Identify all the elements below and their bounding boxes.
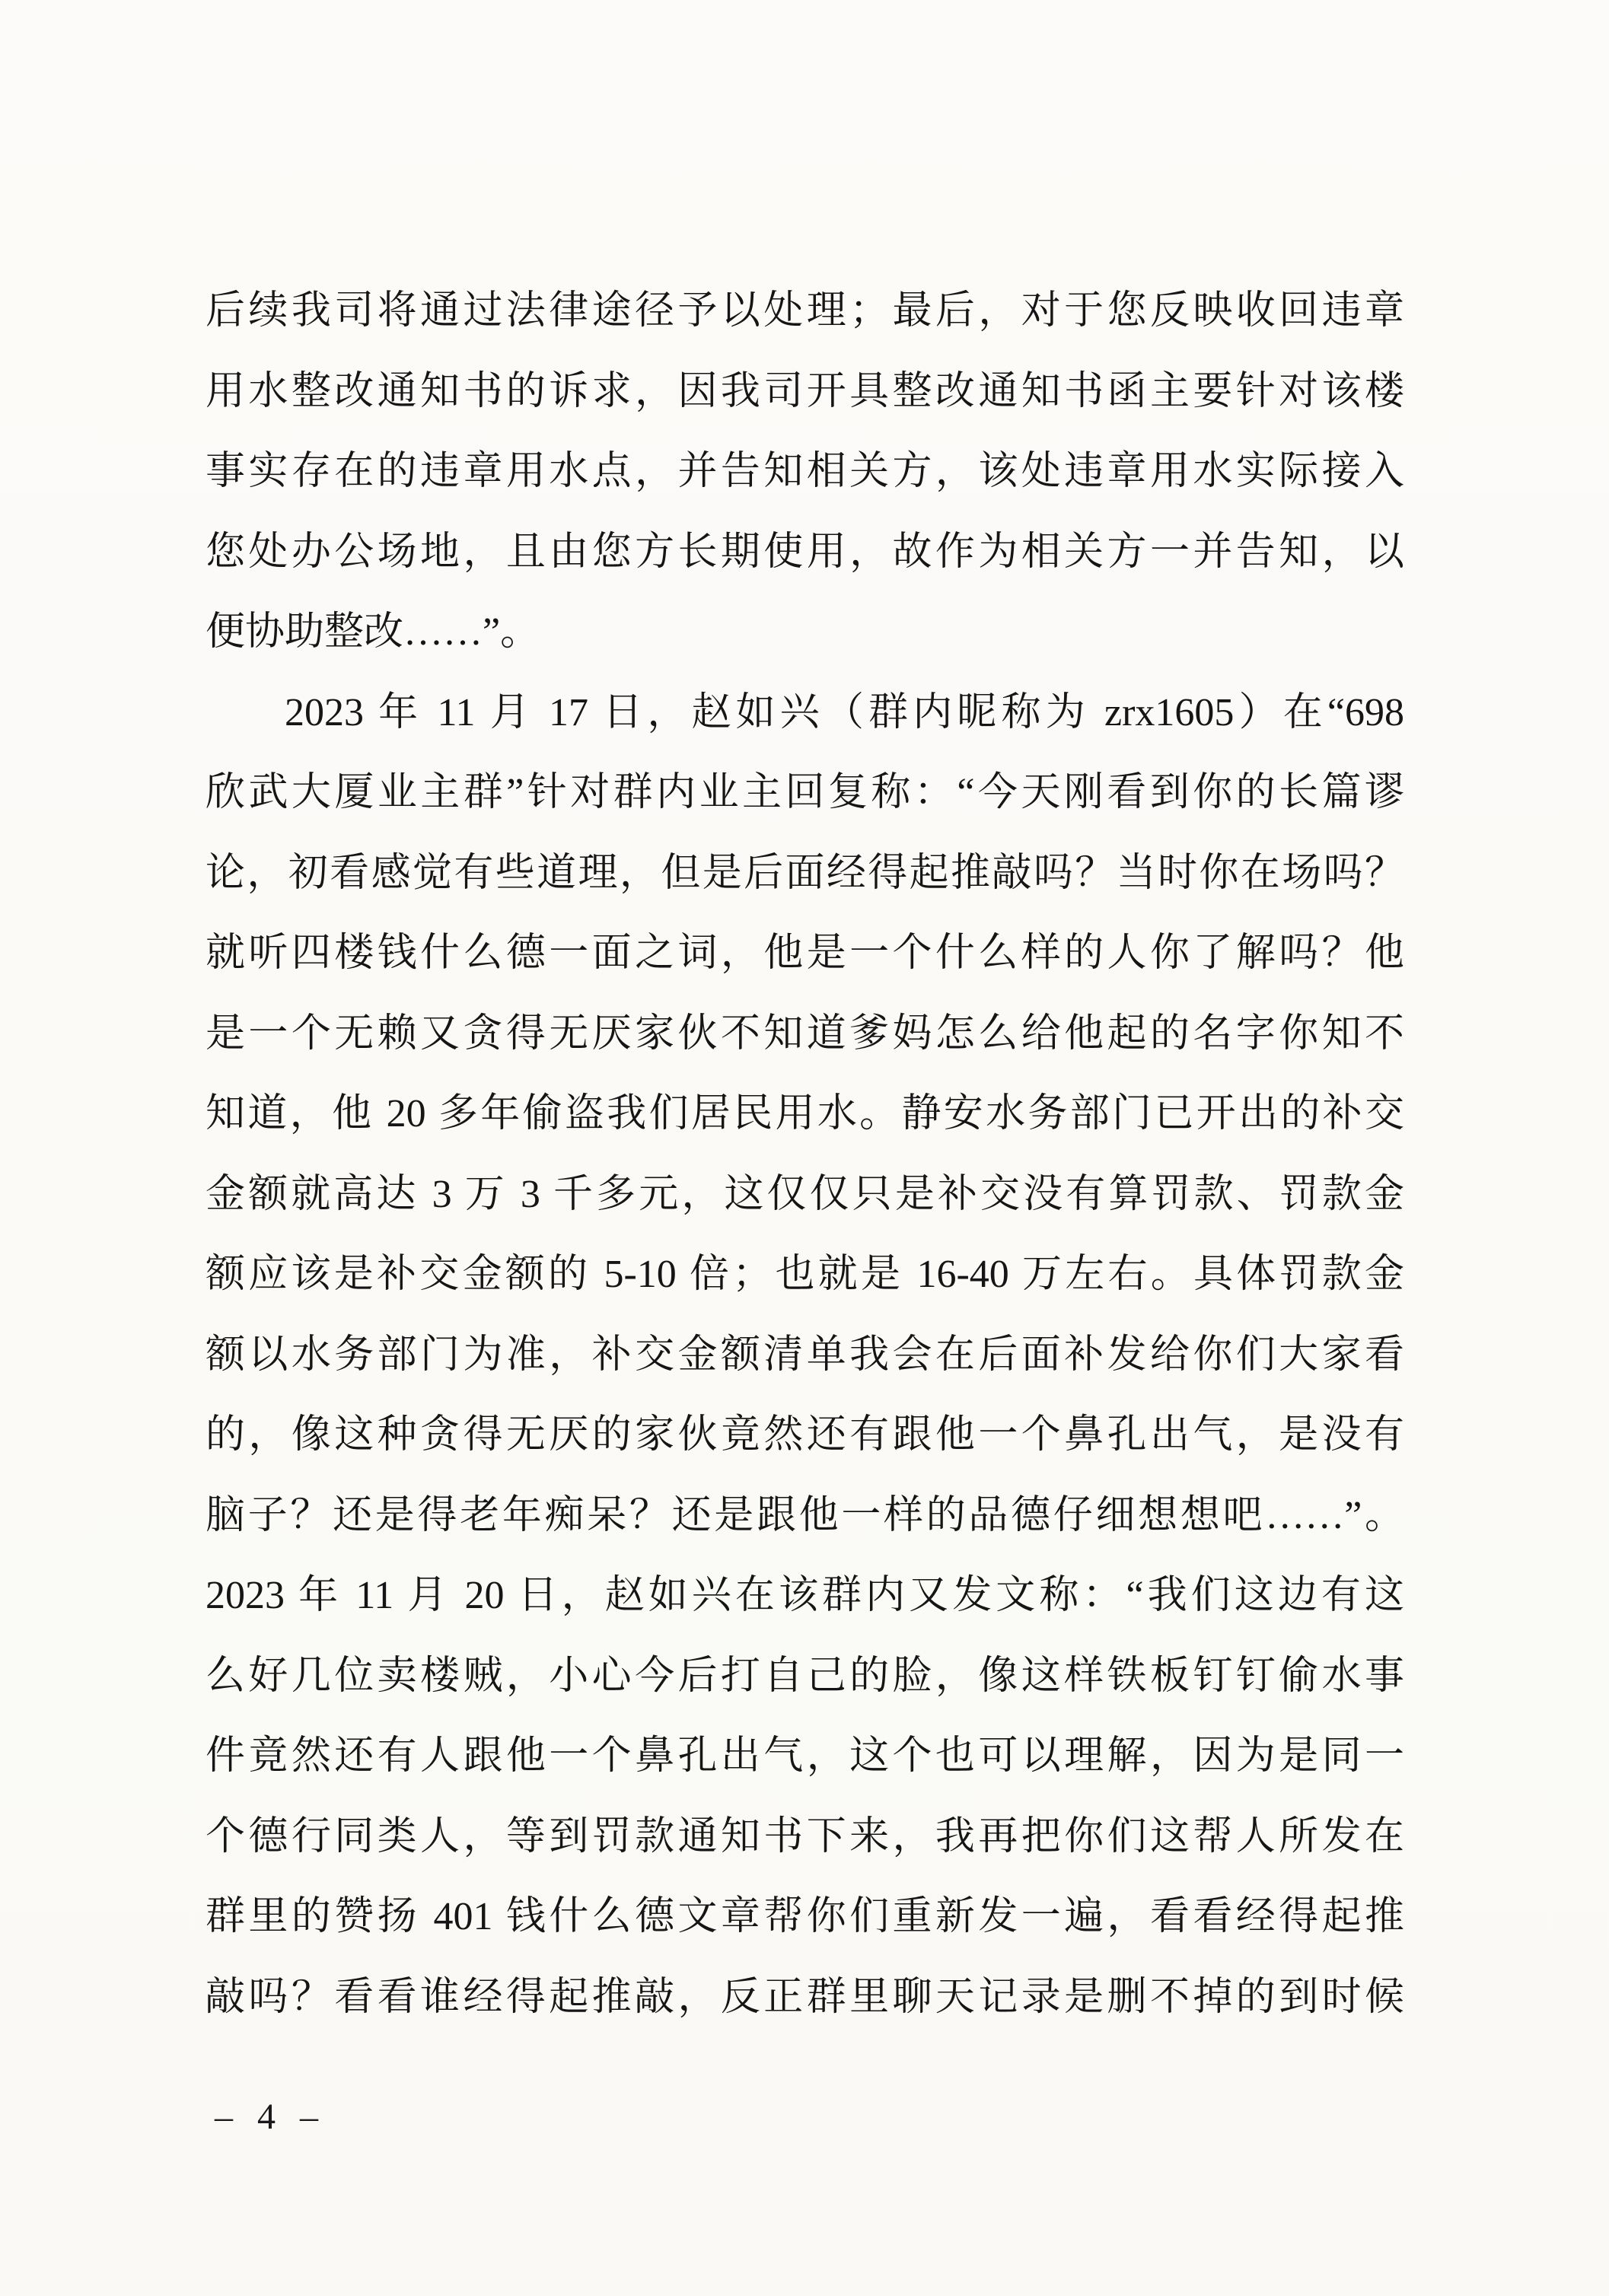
- text-line: 便协助整改……”。: [206, 592, 1404, 673]
- text-line: 2023 年 11 月 17 日，赵如兴（群内昵称为 zrx1605）在“698: [206, 673, 1404, 753]
- text-line: 的，像这种贪得无厌的家伙竟然还有跟他一个鼻孔出气，是没有: [206, 1395, 1404, 1476]
- text-block: 后续我司将通过法律途径予以处理；最后，对于您反映收回违章用水整改通知书的诉求，因…: [206, 271, 1404, 2037]
- text-line: 欣武大厦业主群”针对群内业主回复称：“今天刚看到你的长篇谬: [206, 753, 1404, 833]
- text-line: 金额就高达 3 万 3 千多元，这仅仅只是补交没有算罚款、罚款金: [206, 1154, 1404, 1235]
- text-line: 论，初看感觉有些道理，但是后面经得起推敲吗？当时你在场吗？: [206, 833, 1404, 914]
- text-line: 个德行同类人，等到罚款通知书下来，我再把你们这帮人所发在: [206, 1797, 1404, 1877]
- text-line: 敲吗？看看谁经得起推敲，反正群里聊天记录是删不掉的到时候: [206, 1957, 1404, 2038]
- text-line: 知道，他 20 多年偷盗我们居民用水。静安水务部门已开出的补交: [206, 1074, 1404, 1154]
- text-line: 就听四楼钱什么德一面之词，他是一个什么样的人你了解吗？他: [206, 913, 1404, 994]
- text-line: 2023 年 11 月 20 日，赵如兴在该群内又发文称：“我们这边有这: [206, 1556, 1404, 1636]
- page-number: – 4 –: [215, 2094, 326, 2140]
- text-line: 脑子？还是得老年痴呆？还是跟他一样的品德仔细想想吧……”。: [206, 1476, 1404, 1556]
- text-line: 么好几位卖楼贼，小心今后打自己的脸，像这样铁板钉钉偷水事: [206, 1636, 1404, 1717]
- text-line: 是一个无赖又贪得无厌家伙不知道爹妈怎么给他起的名字你知不: [206, 994, 1404, 1075]
- document-page: 后续我司将通过法律途径予以处理；最后，对于您反映收回违章用水整改通知书的诉求，因…: [0, 0, 1609, 2296]
- text-line: 件竟然还有人跟他一个鼻孔出气，这个也可以理解，因为是同一: [206, 1716, 1404, 1797]
- text-line: 您处办公场地，且由您方长期使用，故作为相关方一并告知，以: [206, 512, 1404, 593]
- text-line: 后续我司将通过法律途径予以处理；最后，对于您反映收回违章: [206, 271, 1404, 352]
- text-line: 事实存在的违章用水点，并告知相关方，该处违章用水实际接入: [206, 431, 1404, 512]
- text-line: 用水整改通知书的诉求，因我司开具整改通知书函主要针对该楼: [206, 352, 1404, 432]
- text-line: 群里的赞扬 401 钱什么德文章帮你们重新发一遍，看看经得起推: [206, 1877, 1404, 1957]
- text-line: 额以水务部门为准，补交金额清单我会在后面补发给你们大家看: [206, 1315, 1404, 1396]
- text-line: 额应该是补交金额的 5-10 倍；也就是 16-40 万左右。具体罚款金: [206, 1234, 1404, 1315]
